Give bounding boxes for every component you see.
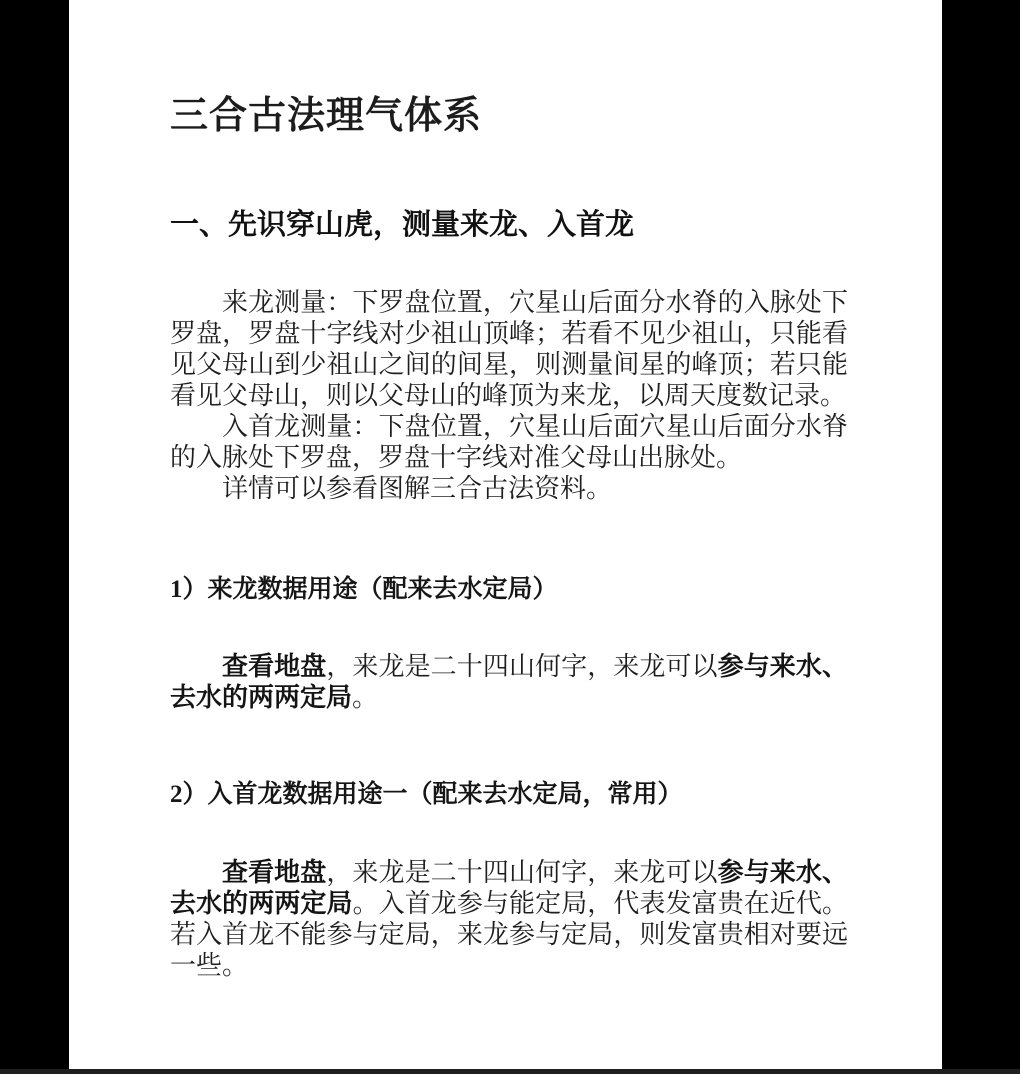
document-page: 三合古法理气体系 一、先识穿山虎，测量来龙、入首龙 来龙测量：下罗盘位置，穴星山… xyxy=(69,0,942,1069)
paragraph-reference-note: 详情可以参看图解三合古法资料。 xyxy=(170,473,848,504)
text-run: 查看地盘 xyxy=(222,858,326,887)
subheading-lailong-usage: 1）来龙数据用途（配来去水定局） xyxy=(170,574,848,607)
subheading-rushoulong-usage: 2）入首龙数据用途一（配来去水定局，常用） xyxy=(170,779,848,812)
text-run: 。 xyxy=(352,683,378,712)
text-run: ，来龙是二十四山何字，来龙可以 xyxy=(326,858,717,887)
text-run: 查看地盘 xyxy=(222,652,326,681)
viewer-bottom-edge xyxy=(0,1069,1020,1074)
document-title: 三合古法理气体系 xyxy=(170,93,848,141)
paragraph-measure-rushoulong: 入首龙测量：下盘位置，穴星山后面穴星山后面分水脊的入脉处下罗盘，罗盘十字线对准父… xyxy=(170,411,848,473)
section-heading: 一、先识穿山虎，测量来龙、入首龙 xyxy=(170,207,848,243)
paragraph-measure-lailong: 来龙测量：下罗盘位置，穴星山后面分水脊的入脉处下罗盘，罗盘十字线对少祖山顶峰；若… xyxy=(170,287,848,411)
paragraph-rushoulong-usage: 查看地盘，来龙是二十四山何字，来龙可以参与来水、去水的两两定局。入首龙参与能定局… xyxy=(170,857,848,981)
body-text-block: 来龙测量：下罗盘位置，穴星山后面分水脊的入脉处下罗盘，罗盘十字线对少祖山顶峰；若… xyxy=(170,287,848,504)
paragraph-lailong-usage: 查看地盘，来龙是二十四山何字，来龙可以参与来水、去水的两两定局。 xyxy=(170,651,848,713)
text-run: ，来龙是二十四山何字，来龙可以 xyxy=(326,652,717,681)
pdf-viewer-background: 三合古法理气体系 一、先识穿山虎，测量来龙、入首龙 来龙测量：下罗盘位置，穴星山… xyxy=(0,0,1020,1074)
